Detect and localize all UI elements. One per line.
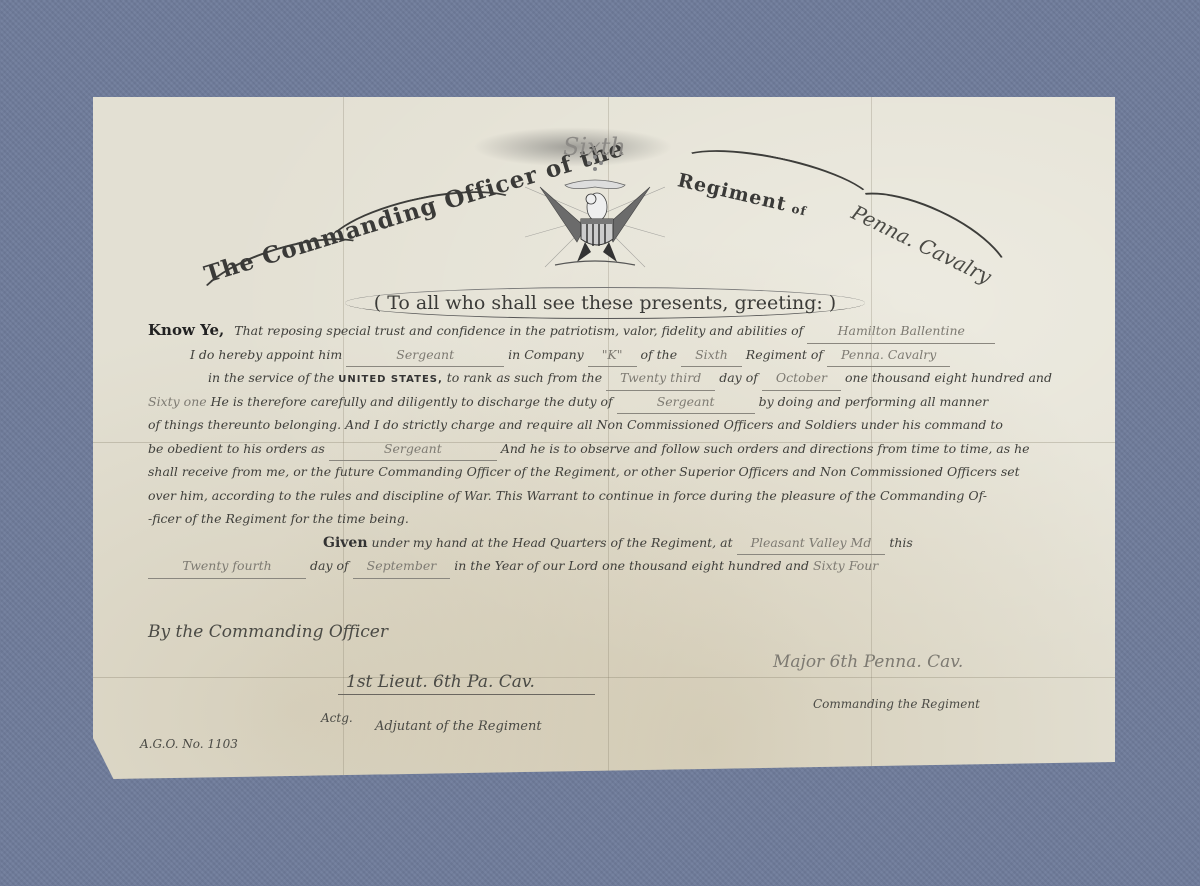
body-text: to rank as such from the [447, 370, 602, 385]
adjutant-prefix: Actg. [321, 711, 353, 725]
body-text: day of [310, 558, 349, 573]
body-line: Given under my hand at the Head Quarters… [148, 531, 1098, 555]
given-month-field: September [353, 554, 451, 579]
warrant-document: The Commanding Officer of the Sixth Regi… [93, 97, 1115, 779]
body-line: of things thereunto belonging. And I do … [148, 413, 1098, 437]
body-text: day of [719, 370, 758, 385]
body-text: shall receive from me, or the future Com… [148, 464, 1020, 479]
duty-rank-field: Sergeant [617, 390, 755, 415]
body-line: Sixty one He is therefore carefully and … [148, 390, 1098, 414]
body-line: shall receive from me, or the future Com… [148, 460, 1098, 484]
body-line: be obedient to his orders as Sergeant An… [148, 437, 1098, 461]
body-text: by doing and performing all manner [759, 394, 989, 409]
appointee-name-field: Hamilton Ballentine [807, 319, 995, 344]
body-line: in the service of the UNITED STATES, to … [148, 366, 1098, 390]
by-commanding-officer: By the Commanding Officer [148, 622, 388, 642]
rank-day-field: Twenty third [606, 366, 715, 391]
body-line: -ficer of the Regiment for the time bein… [148, 507, 1098, 531]
body-text: under my hand at the Head Quarters of th… [371, 535, 732, 550]
given-year-field: Sixty Four [813, 558, 878, 573]
body-text: He is therefore carefully and diligently… [211, 394, 613, 409]
body-text: in the Year of our Lord one thousand eig… [454, 558, 809, 573]
header-of: of [790, 201, 808, 218]
body-text: Regiment of [746, 347, 823, 362]
regiment-ordinal-field: Sixth [681, 343, 742, 368]
rank-month-field: October [762, 366, 841, 391]
body-text: That reposing special trust and confiden… [234, 323, 803, 338]
body-text: of things thereunto belonging. And I do … [148, 417, 1003, 432]
rank-field: Sergeant [346, 343, 504, 368]
body-text: this [889, 535, 913, 550]
given-heading: Given [323, 535, 368, 551]
body-text: And he is to observe and follow such ord… [501, 441, 1030, 456]
body-line: Know Ye, That reposing special trust and… [148, 319, 1098, 343]
body-text: in the service of the [208, 370, 334, 385]
body-line: Twenty fourth day of September in the Ye… [148, 554, 1098, 578]
commander-title: Commanding the Regiment [813, 697, 980, 711]
body-text: in Company [508, 347, 584, 362]
adjutant-title: Adjutant of the Regiment [375, 719, 542, 734]
warrant-body: Know Ye, That reposing special trust and… [148, 319, 1098, 578]
place-field: Pleasant Valley Md [737, 531, 886, 556]
fold-line [93, 677, 1115, 678]
company-field: "K" [588, 343, 637, 368]
given-day-field: Twenty fourth [148, 554, 306, 579]
eagle-shield-icon [525, 147, 665, 277]
regiment-name-body-field: Penna. Cavalry [827, 343, 950, 368]
body-line: I do hereby appoint him Sergeant in Comp… [148, 343, 1098, 367]
body-text: one thousand eight hundred and [845, 370, 1052, 385]
body-text: over him, according to the rules and dis… [148, 488, 987, 503]
rank-year-field: Sixty one [148, 394, 207, 409]
orders-rank-field: Sergeant [329, 437, 497, 462]
know-ye-heading: Know Ye, [148, 321, 224, 339]
body-text: of the [641, 347, 678, 362]
body-text: be obedient to his orders as [148, 441, 325, 456]
body-text: -ficer of the Regiment for the time bein… [148, 511, 409, 526]
body-text: I do hereby appoint him [190, 347, 342, 362]
body-line: over him, according to the rules and dis… [148, 484, 1098, 508]
united-states-text: UNITED STATES, [338, 374, 443, 385]
commander-signature: Major 6th Penna. Cav. [773, 652, 963, 672]
greeting-banner: ( To all who shall see these presents, g… [345, 287, 865, 319]
ago-number: A.G.O. No. 1103 [140, 737, 238, 751]
adjutant-signature: 1st Lieut. 6th Pa. Cav. [338, 672, 595, 695]
